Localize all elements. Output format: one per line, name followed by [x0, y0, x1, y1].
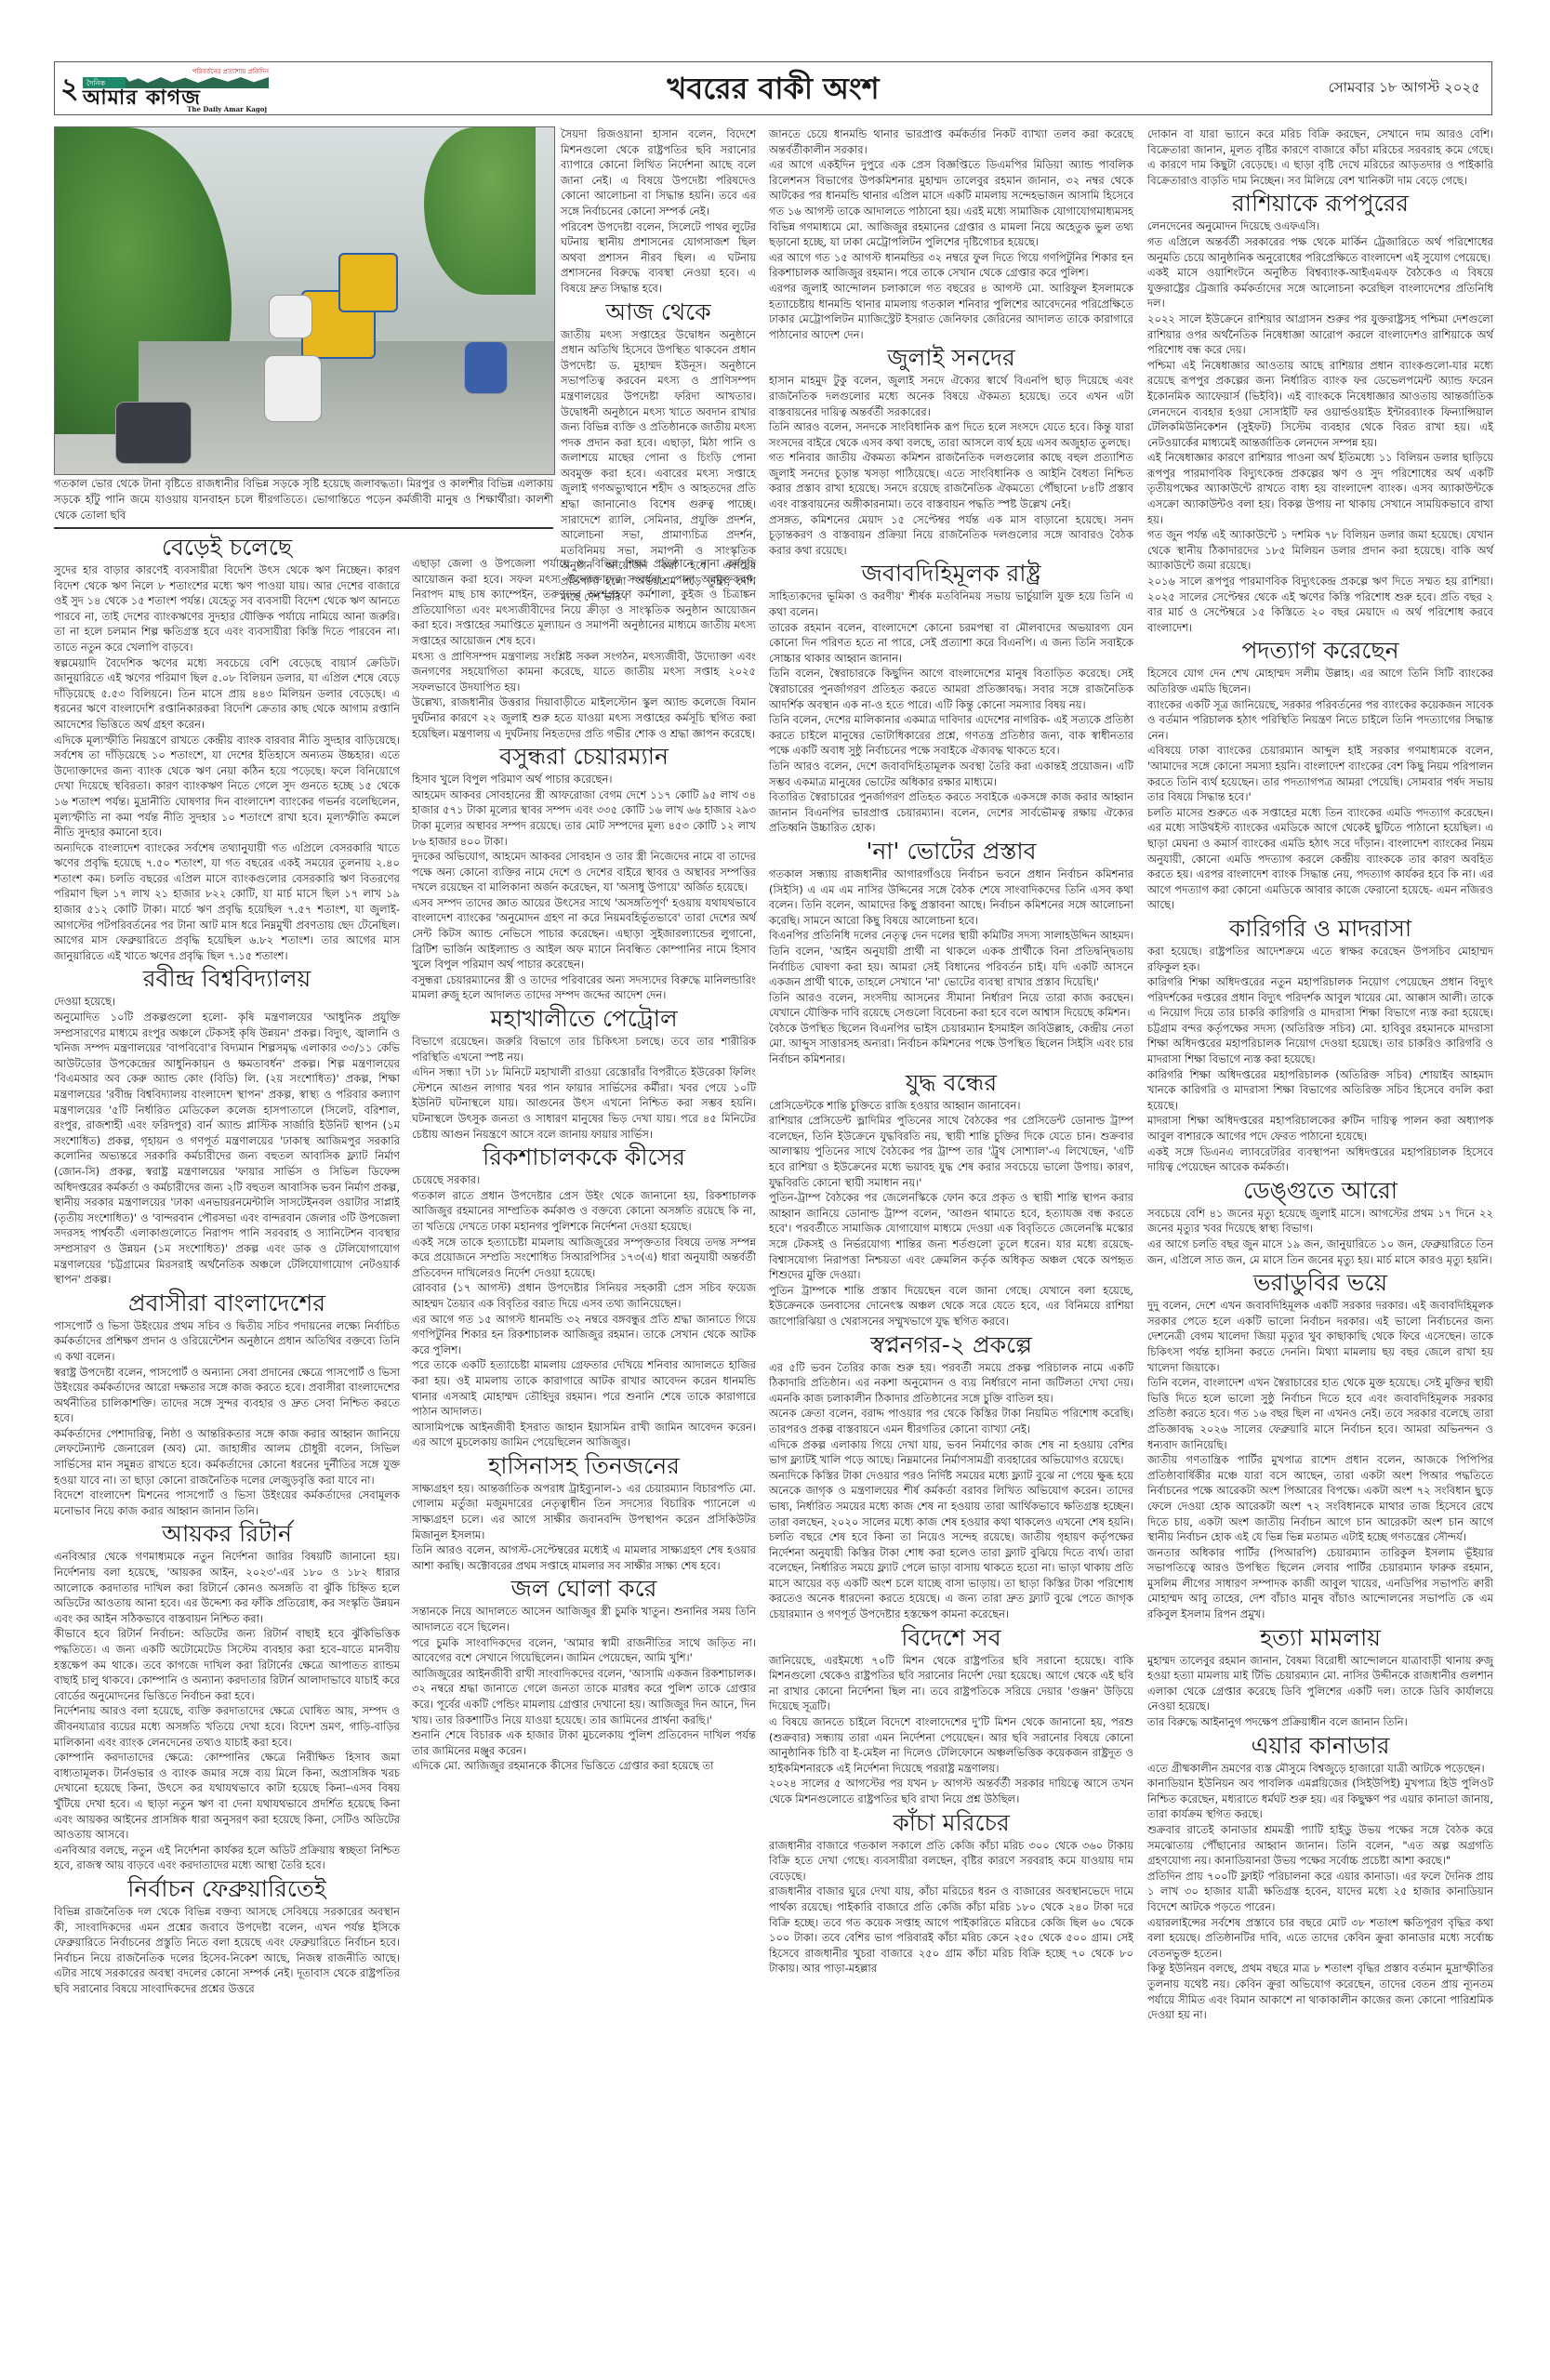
paragraph: একই সঙ্গে তাকে হত্যাচেষ্টা মামলায় আজিজু…	[412, 1235, 756, 1281]
paragraph: সুদের হার বাড়ার কারণেই ব্যবসায়ীরা বিদে…	[54, 562, 400, 655]
paragraph: জানিয়েছে, এরইমধ্যে ৭০টি মিশন থেকে রাষ্ট…	[769, 1653, 1133, 1714]
paragraph: হিসেবে যোগ দেন শেখ মোহাম্মদ সলীম উল্লাহ।…	[1147, 666, 1493, 696]
paragraph: কিন্তু ইউনিয়ন বলছে, প্রথম বছরে মাত্র ৮ …	[1147, 1961, 1493, 2022]
paragraph: এদিন সন্ধ্যা ৭টা ১৮ মিনিটে মহাখালী রাওয়…	[412, 1064, 756, 1142]
paragraph: জনতার অধিকার পার্টির (পিআরপি) চেয়ারম্যা…	[1147, 1545, 1493, 1622]
headline[interactable]: বসুন্ধরা চেয়ারম্যান	[412, 743, 756, 771]
paragraph: চেয়েছে সরকার।	[412, 1172, 756, 1188]
headline[interactable]: স্বপ্ননগর-২ প্রকল্পে	[769, 1331, 1133, 1359]
headline[interactable]: রিকশাচালককে কীসের	[412, 1144, 756, 1171]
paragraph: সাহিত্যকদের ভূমিকা ও করণীয়' শীর্ষক মতবি…	[769, 588, 1133, 619]
paragraph: নির্দেশনায় আরও বলা হয়েছে, ব্যক্তি করদা…	[54, 1703, 400, 1750]
headline[interactable]: এয়ার কানাডার	[1147, 1732, 1493, 1760]
paragraph: প্রেসিডেন্টকে শান্তি চুক্তিতে রাজি হওয়া…	[769, 1098, 1133, 1114]
paragraph: অনেক ক্রেতা বলেন, বরাদ্দ পাওয়ার পর থেকে…	[769, 1406, 1133, 1436]
paragraph: জাতীয় গণতান্ত্রিক পার্টির মুখপাত্র রাশে…	[1147, 1452, 1493, 1545]
paragraph: এরপর জুলাই আন্দোলন চলাকালে গত বছরের ৪ আগ…	[769, 281, 1133, 342]
story-aaj-theke: এছাড়া জেলা ও উপজেলা পর্যায়ে ও বিভিন্ন …	[412, 556, 756, 1774]
paragraph: ব্যাংকের একটি সূত্র জানিয়েছে, সরকার পরি…	[1147, 697, 1493, 744]
paragraph: মাদরাসা শিক্ষা অধিদপ্তরের মহাপরিচালকের র…	[1147, 1113, 1493, 1144]
paragraph: এতে গ্রীষ্মকালীন ভ্রমণের ব্যস্ত মৌসুমে ব…	[1147, 1761, 1493, 1777]
paragraph: প্রতিদিন প্রায় ৭০০টি ফ্লাইট পরিচালনা কর…	[1147, 1869, 1493, 1915]
headline[interactable]: মহাখালীতে পেট্রোল	[412, 1005, 756, 1033]
paragraph: দুদকের অভিযোগ, আহমেদ আকবর সোবহান ও তার স…	[412, 849, 756, 895]
paragraph: তারেক রহমান বলেন, বাংলাদেশে কোনো চরমপন্থ…	[769, 620, 1133, 667]
paragraph: শুক্রবার রাতেই কানাডার শ্রমমন্ত্রী প্যাট…	[1147, 1822, 1493, 1869]
paragraph: মৎস্য ও প্রাণিসম্পদ মন্ত্রণালয় সংশ্লিষ্…	[412, 649, 756, 695]
paragraph: অন্যদিকে কিস্তির টাকা দেওয়ার পরও নির্দি…	[769, 1468, 1133, 1622]
paragraph: রোববার (১৭ আগস্ট) প্রধান উপদেষ্টার সিনিয…	[412, 1280, 756, 1311]
paragraph: অনুমোদিত ১০টি প্রকল্পগুলো হলো- কৃষি মন্ত…	[54, 1010, 400, 1288]
paragraph: এদিকে মূল্যস্ফীতি নিয়ন্ত্রণে রাখতে কেন্…	[54, 733, 400, 840]
paragraph: প্রসঙ্গত, কমিশনের মেয়াদ ১৫ সেপ্টেম্বর প…	[769, 512, 1133, 559]
paragraph: কর্মকর্তাদের পেশাদারিত্ব, নিষ্ঠা ও আন্তর…	[54, 1426, 400, 1487]
paragraph: দেওয়া হয়েছে।	[54, 994, 400, 1010]
paragraph: উল্লেখ্য, রাজধানীর উত্তরার দিয়াবাড়ীতে …	[412, 694, 756, 741]
headline[interactable]: বেড়েই চলেছে	[54, 534, 400, 562]
paragraph: স্বল্পমেয়াদি বৈদেশিক ঋণের মধ্যে সবচেয়ে…	[54, 655, 400, 733]
headline[interactable]: রবীন্দ্র বিশ্ববিদ্যালয়	[54, 965, 400, 993]
paragraph: হাসান মাহমুদ টুকু বলেন, জুলাই সনদে ঐক্যে…	[769, 373, 1133, 419]
paragraph: সবচেয়ে বেশি ৪১ জনের মৃত্যু হয়েছে জুলাই…	[1147, 1206, 1493, 1236]
paragraph: তার বিরুদ্ধে আইনানুগ পদক্ষেপ প্রক্রিয়াধ…	[1147, 1714, 1493, 1730]
paragraph: এনবিআর থেকে গণমাধ্যমকে নতুন নির্দেশনা জা…	[54, 1549, 400, 1626]
paragraph: এসব সম্পদ তাদের জ্ঞাত আয়ের উৎসের সাথে '…	[412, 895, 756, 972]
paragraph: পশ্চিমা এই নিষেধাজ্ঞার আওতায় আছে রাশিয়…	[1147, 358, 1493, 451]
photo-caption: গতকাল ভোর থেকে টানা বৃষ্টিতে রাজধানীর বি…	[54, 476, 553, 529]
headline[interactable]: আজ থেকে	[561, 298, 756, 326]
paragraph: একই মাসে ওয়াশিংটনে অনুষ্ঠিত বিশ্বব্যাংক…	[1147, 265, 1493, 311]
paragraph: পুতিন-ট্রাম্প বৈঠকের পর জেলেনস্কিকে ফোন …	[769, 1190, 1133, 1283]
paragraph: রাশিয়ার প্রেসিডেন্ট ভ্লাদিমির পুতিনের স…	[769, 1113, 1133, 1190]
paragraph: সন্তানকে নিয়ে আদালতে আসেন আজিজুর স্ত্রী…	[412, 1604, 756, 1634]
paragraph: ২০২২ সালে ইউক্রেনে রাশিয়ার আগ্রাসন শুরু…	[1147, 311, 1493, 358]
paragraph: পাসপোর্ট ও ভিসা উইংয়ের প্রথম সচিব ও দ্ব…	[54, 1318, 400, 1365]
headline[interactable]: ভরাডুবির ভয়ে	[1147, 1269, 1493, 1297]
paragraph: রাজধানীর বাজার ঘুরে দেখা যায়, কাঁচা মরি…	[769, 1884, 1133, 1977]
paragraph: একই সঙ্গে ডিএনএ ল্যাবরেটরির ব্যবস্থাপনা …	[1147, 1144, 1493, 1175]
flooded-street-photo	[54, 126, 555, 475]
headline[interactable]: কাঁচা মরিচের	[769, 1809, 1133, 1837]
paragraph: গত শনিবার জাতীয় ঐকমত্য কমিশন রাজনৈতিক দ…	[769, 450, 1133, 511]
paragraph: এবিষয়ে ঢাকা ব্যাংকের চেয়ারম্যান আব্দুল…	[1147, 743, 1493, 804]
paragraph: হিসাব খুলে বিপুল পরিমাণ অর্থ পাচার করেছে…	[412, 772, 756, 787]
headline[interactable]: যুদ্ধ বন্ধের	[769, 1069, 1133, 1097]
story-column-3: জানতে চেয়ে ধানমন্ডি থানার ভারপ্রাপ্ত কর…	[769, 126, 1133, 1977]
paragraph: এর আগে গত ১৫ আগস্ট ধানমন্ডি ৩২ নম্বরে বঙ…	[412, 1312, 756, 1358]
paragraph: শুনানি শেষে বিচারক এক হাজার টাকা মুচলেকা…	[412, 1727, 756, 1758]
paragraph: তিনি বলেন, দেশের মালিকানার একমাত্র দাবিদ…	[769, 712, 1133, 759]
paragraph: আসামিপক্ষে আইনজীবী ইসরাত জাহান ইয়াসমিন …	[412, 1420, 756, 1450]
paragraph: পরে চুমকি সাংবাদিকদের বলেন, 'আমার স্বামী…	[412, 1635, 756, 1666]
paragraph: অন্যদিকে বাংলাদেশ ব্যাংকের সর্বশেষ তথ্যা…	[54, 840, 400, 964]
car-icon	[115, 402, 192, 464]
headline[interactable]: হাসিনাসহ তিনজনের	[412, 1452, 756, 1480]
headline[interactable]: রাশিয়াকে রূপপুরের	[1147, 190, 1493, 218]
paragraph: কারিগরি শিক্ষা অধিদপ্তরের মহাপরিচালক (অত…	[1147, 1067, 1493, 1114]
paragraph: তিনি আরও বলেন, সংসদীয় আসনের সীমানা নির্…	[769, 990, 1133, 1021]
headline[interactable]: জবাবদিহিমূলক রাষ্ট্র	[769, 560, 1133, 588]
paragraph: ২০১৬ সালে রূপপুর পারমাণবিক বিদ্যুৎকেন্দ্…	[1147, 574, 1493, 635]
headline[interactable]: আয়কর রিটার্ন	[54, 1520, 400, 1548]
headline[interactable]: নির্বাচন ফেব্রুয়ারিতেই	[54, 1875, 400, 1903]
masthead: ২ পরিবর্তনের প্রত্যাশায় প্রতিদিন দৈনিক …	[54, 61, 1492, 115]
paragraph: সাক্ষ্যগ্রহণ হয়। আন্তর্জাতিক অপরাধ ট্রা…	[412, 1481, 756, 1542]
trees-right	[424, 127, 536, 295]
paragraph: লেনদেনের অনুমোদন দিয়েছে ওএফএসি।	[1147, 218, 1493, 234]
paragraph: দোকান বা যারা ভ্যানে করে মরিচ বিক্রি করছ…	[1147, 126, 1493, 188]
paragraph: সৈয়দা রিজওয়ানা হাসান বলেন, বিদেশে মিশন…	[561, 126, 756, 219]
paragraph: গতকাল রাতে প্রধান উপদেষ্টার প্রেস উইং থে…	[412, 1188, 756, 1235]
paragraph: এর আগে একইদিন দুপুরে এক প্রেস বিজ্ঞপ্তিত…	[769, 157, 1133, 250]
paragraph: মুহাম্মদ তালেবুর রহমান জানান, বৈষম্য বির…	[1147, 1653, 1493, 1714]
paragraph: এদিকে মো. আজিজুর রহমানকে কীসের ভিত্তিতে …	[412, 1758, 756, 1774]
paragraph: তিনি আরও বলেন, আগস্ট-সেপ্টেম্বরের মধ্যেই…	[412, 1542, 756, 1573]
paragraph: কোম্পানি করদাতাদের ক্ষেত্রে: কোম্পানির ক…	[54, 1750, 400, 1843]
story-column-1: বেড়েই চলেছে সুদের হার বাড়ার কারণেই ব্য…	[54, 532, 400, 1996]
paragraph: তিনি আরও বলেন, দেশে জবাবদিহিতামূলক অবস্থ…	[769, 759, 1133, 789]
car-icon	[264, 355, 322, 422]
paragraph: জানতে চেয়ে ধানমন্ডি থানার ভারপ্রাপ্ত কর…	[769, 126, 1133, 157]
paragraph: করা হয়েছে। রাষ্ট্রপতির আদেশক্রমে এতে স্…	[1147, 944, 1493, 974]
paragraph: বিতারিত স্বৈরাচারের পুনর্জাগরণ প্রতিহত ক…	[769, 789, 1133, 836]
paragraph: এই নিষেধাজ্ঞার কারণে রাশিয়ার পাওনা অর্থ…	[1147, 450, 1493, 527]
headline[interactable]: ডেঙ্গুতে আরো	[1147, 1177, 1493, 1205]
headline[interactable]: বিদেশে সব	[769, 1624, 1133, 1652]
paragraph: কানাডিয়ান ইউনিয়ন অব পাবলিক এমপ্লয়িজের…	[1147, 1776, 1493, 1822]
paragraph: আজিজুরের আইনজীবী রাখী সাংবাদিকদের বলেন, …	[412, 1666, 756, 1727]
paragraph: কীভাবে হবে রিটার্ন নির্বাচন: অডিটের জন্য…	[54, 1626, 400, 1703]
paragraph: গত জুন পর্যন্ত এই অ্যাকাউন্টে ১ দশমিক ৭৮…	[1147, 527, 1493, 574]
paragraph: চলতি মাসের শুরুতে এক সপ্তাহের মধ্যে তিন …	[1147, 805, 1493, 913]
paragraph: তিনি বলেন, স্বৈরাচারকে কিছুদিন আগে বাংলা…	[769, 666, 1133, 712]
headline[interactable]: হত্যা মামলায়	[1147, 1624, 1493, 1652]
paragraph: এর আগে চলতি বছর জুন মাসে ১৯ জন, জানুয়ার…	[1147, 1236, 1493, 1267]
paragraph: এ বিষয়ে জানতে চাইলে বিদেশে বাংলাদেশের দ…	[769, 1714, 1133, 1776]
paragraph: বৈঠকে উপস্থিত ছিলেন বিএনপির ভাইস চেয়ারম…	[769, 1021, 1133, 1067]
paragraph: বসুন্ধরা চেয়ারম্যানের স্ত্রী ও তাদের পর…	[412, 972, 756, 1003]
bus-icon	[338, 253, 398, 312]
story-column-4: দোকান বা যারা ভ্যানে করে মরিচ বিক্রি করছ…	[1147, 126, 1493, 2023]
paragraph: বিভিন্ন রাজনৈতিক দল থেকে বিভিন্ন বক্তব্য…	[54, 1904, 400, 1997]
paragraph: পরে তাকে একটি হত্যাচেষ্টা মামলায় গ্রেফত…	[412, 1357, 756, 1419]
paragraph: কারিগরি শিক্ষা অধিদপ্তরের নতুন মহাপরিচাল…	[1147, 974, 1493, 1067]
paragraph: ২০২৪ সালের ৫ আগস্টের পর যখন ৮ আগস্ট অন্ত…	[769, 1776, 1133, 1806]
paragraph: এর ৫টি ভবন তৈরির কাজ শুরু হয়। পরবর্তী স…	[769, 1360, 1133, 1407]
paragraph: তিনি আরও বলেন, সনদকে সাংবিধানিক রূপ দিতে…	[769, 419, 1133, 450]
headline[interactable]: প্রবাসীরা বাংলাদেশের	[54, 1289, 400, 1317]
headline[interactable]: জল ঘোলা করে	[412, 1575, 756, 1603]
headline[interactable]: পদত্যাগ করেছেন	[1147, 637, 1493, 665]
section-title: খবরের বাকী অংশ	[55, 70, 1491, 107]
paragraph: এয়ারলাইন্সের সর্বশেষ প্রস্তাবে চার বছরে…	[1147, 1915, 1493, 1962]
truck-icon	[464, 341, 508, 394]
paragraph: আহমেদ আকবর সোবহানের স্ত্রী আফরোজা বেগম দ…	[412, 787, 756, 849]
story-bideshe-top: সৈয়দা রিজওয়ানা হাসান বলেন, বিদেশে মিশন…	[561, 126, 756, 604]
paragraph: গতকাল সন্ধ্যায় রাজধানীর আগারগাঁওয়ে নির…	[769, 866, 1133, 928]
car-icon	[269, 295, 312, 338]
paragraph: পুতিন ট্রাম্পকে শান্তি প্রস্তাব দিয়েছেন…	[769, 1283, 1133, 1329]
paragraph: বিএনপির প্রতিনিধি দলের নেতৃত্ব দেন দলের …	[769, 928, 1133, 989]
paragraph: পরিবেশ উপদেষ্টা বলেন, সিলেটে পাথর লুটের …	[561, 219, 756, 297]
headline[interactable]: 'না' ভোটের প্রস্তাব	[769, 838, 1133, 866]
paragraph: বিদেশে বাংলাদেশ মিশনের পাসপোর্ট ও ভিসা উ…	[54, 1487, 400, 1518]
paragraph: দুদু বলেন, দেশে এখন জবাবদিহিমূলক একটি সর…	[1147, 1298, 1493, 1375]
paragraph: বিভাগে রয়েছেন। জরুরি বিভাগে তার চিকিৎসা…	[412, 1034, 756, 1064]
paragraph: এর আগে গত ১৫ আগস্ট ধানমন্ডির ৩২ নম্বরে ফ…	[769, 250, 1133, 281]
paragraph: রাজধানীর বাজারে গতকাল সকালে প্রতি কেজি ক…	[769, 1838, 1133, 1884]
paragraph: এনবিআর বলছে, নতুন এই নির্দেশনা কার্যকর হ…	[54, 1843, 400, 1873]
paragraph: এছাড়া জেলা ও উপজেলা পর্যায়ে ও বিভিন্ন …	[412, 556, 756, 649]
headline[interactable]: কারিগরি ও মাদরাসা	[1147, 915, 1493, 943]
issue-date: সোমবার ১৮ আগস্ট ২০২৫	[1329, 77, 1480, 100]
headline[interactable]: জুলাই সনদের	[769, 344, 1133, 372]
paragraph: এদিকে প্রকল্প এলাকায় গিয়ে দেখা যায়, ভ…	[769, 1437, 1133, 1468]
paragraph: স্বরাষ্ট্র উপদেষ্টা বলেন, পাসপোর্ট ও অন্…	[54, 1365, 400, 1426]
paragraph: গত এপ্রিলে অন্তর্বর্তী সরকারের পক্ষ থেকে…	[1147, 234, 1493, 265]
paragraph: তিনি বলেন, বাংলাদেশ এখন স্বৈরাচারের হাত …	[1147, 1375, 1493, 1452]
